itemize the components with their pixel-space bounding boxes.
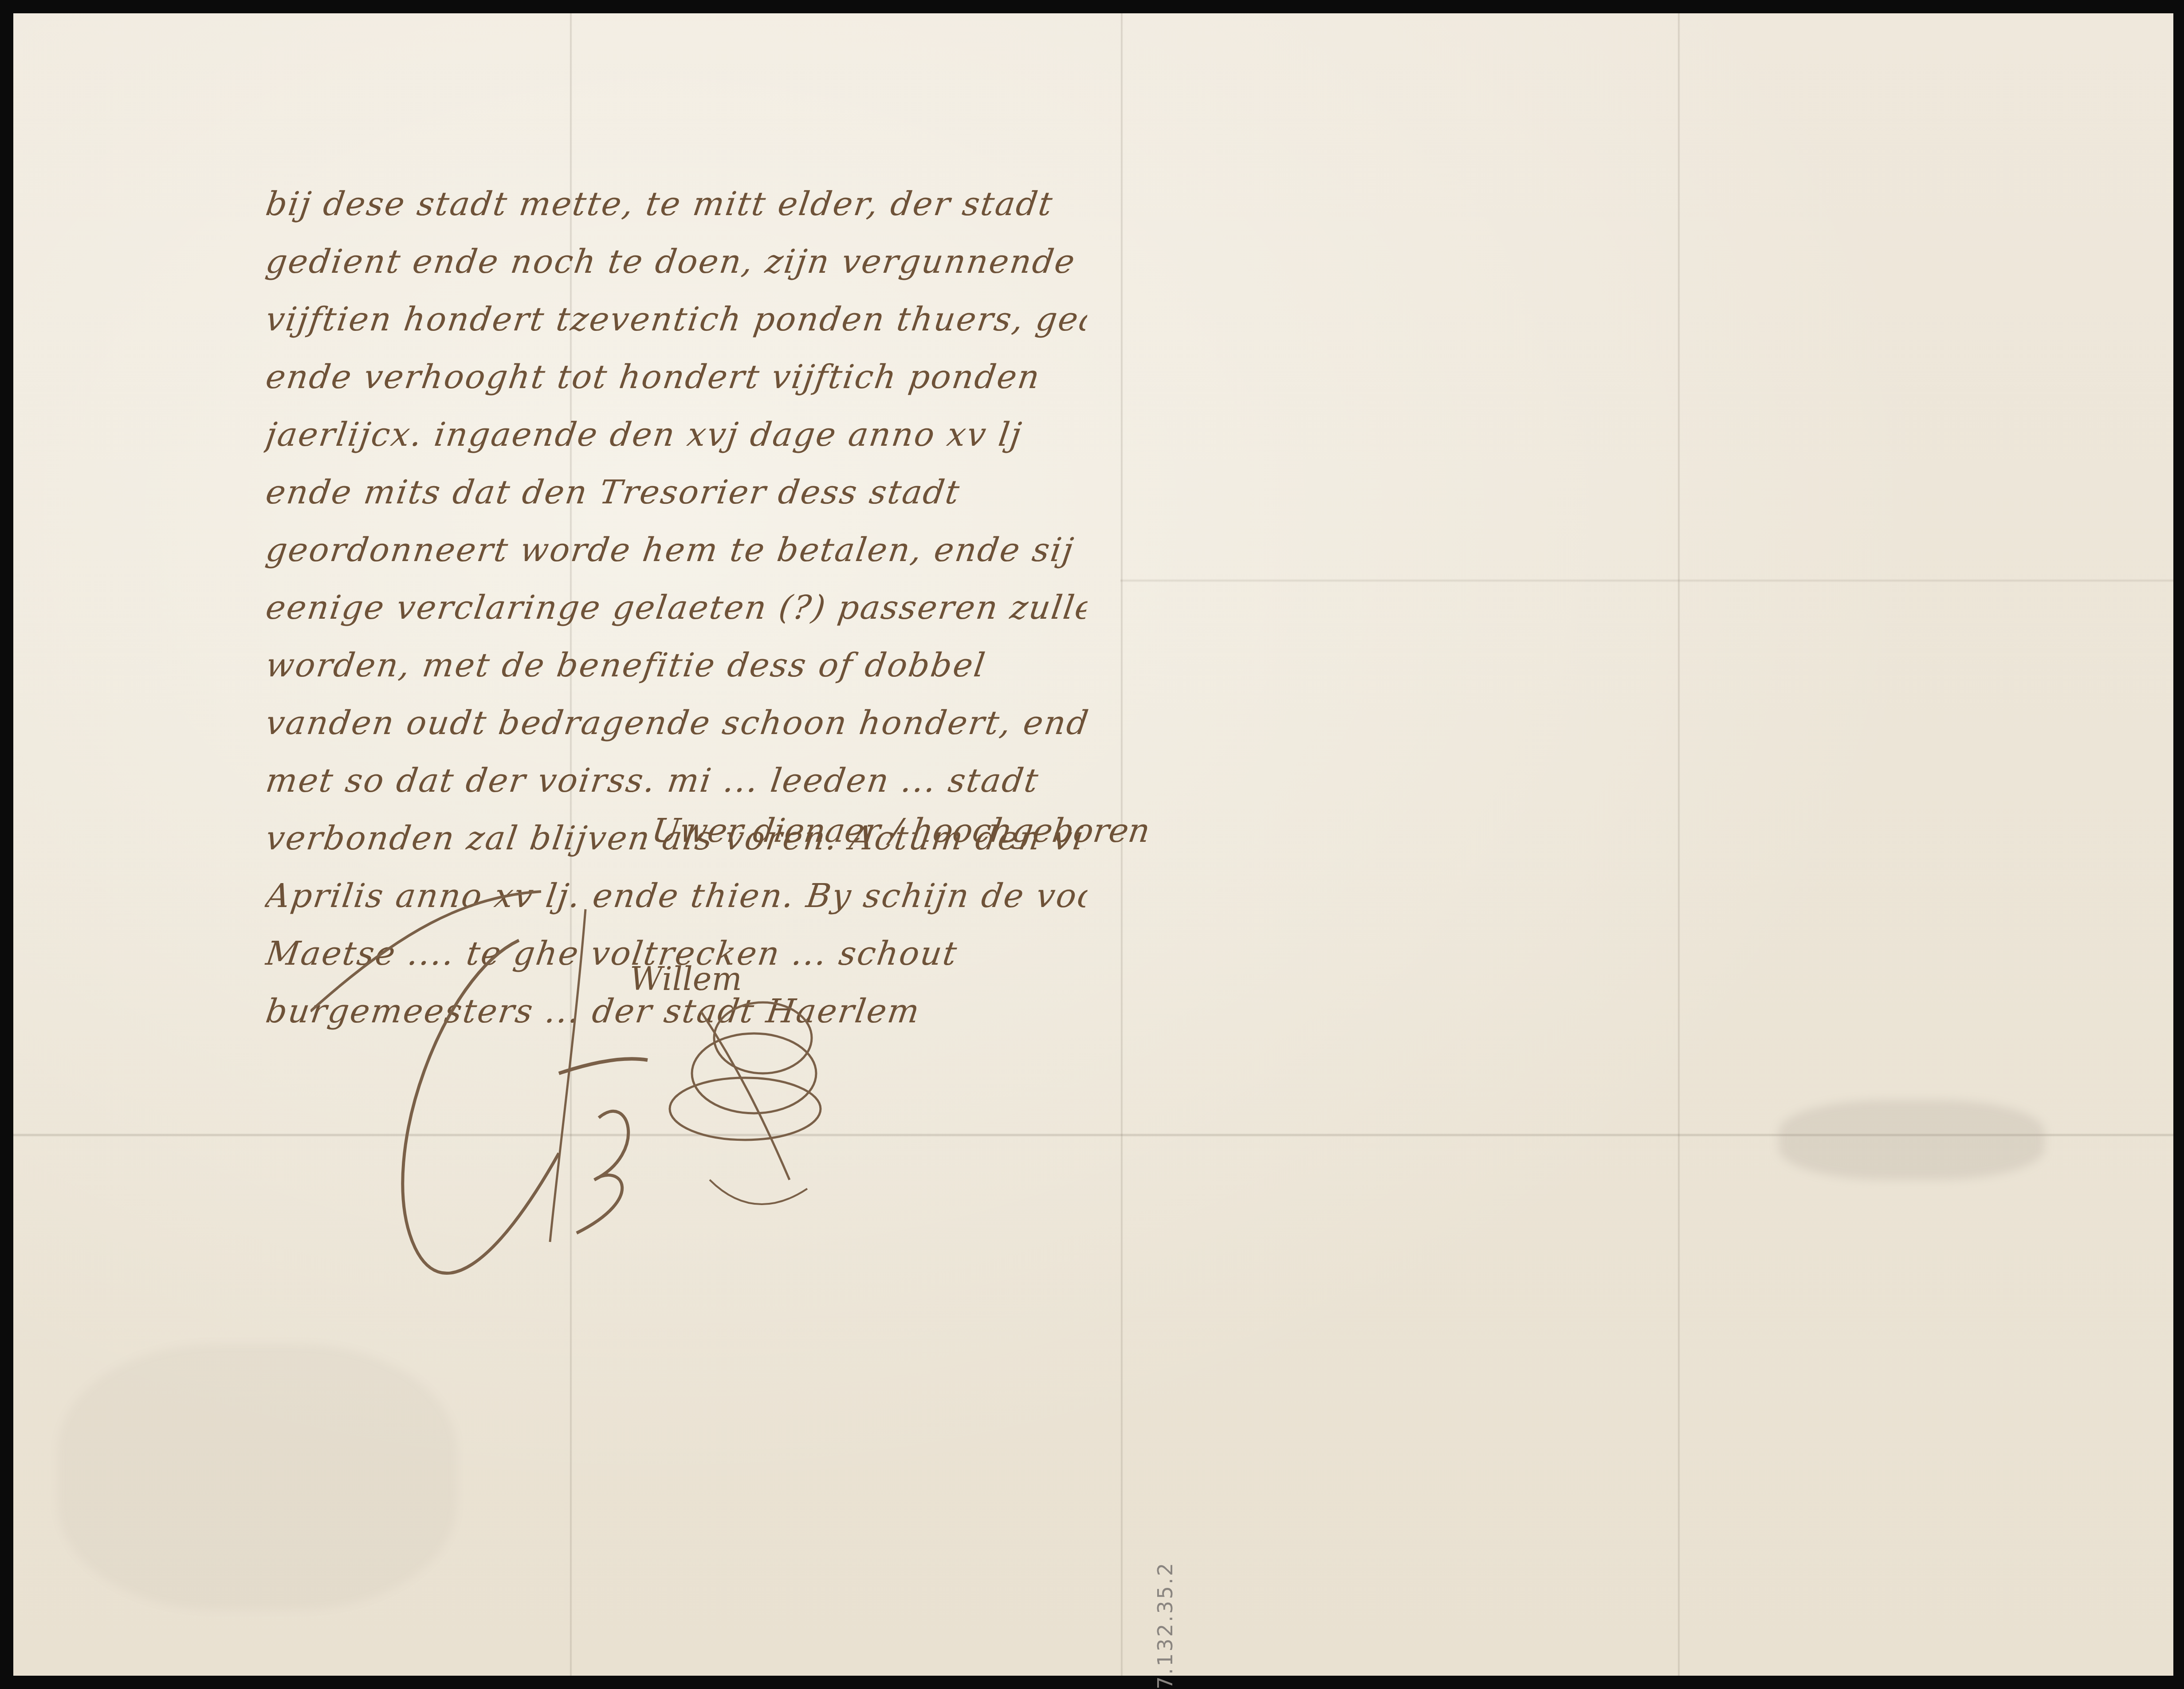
fold-line-horizontal-right (1120, 579, 2173, 582)
text-line: worden, met de benefitie dess of dobbel (262, 636, 1091, 694)
text-line: gedient ende noch te doen, zijn vergunne… (262, 233, 1091, 291)
signature-flourish-icon (310, 843, 976, 1419)
text-line: vanden oudt bedragende schoon hondert, e… (262, 694, 1091, 752)
text-line: ende verhooght tot hondert vijftich pond… (262, 348, 1091, 406)
text-line: geordonneert worde hem te betalen, ende … (262, 521, 1091, 579)
text-line: vijftien hondert tzeventich ponden thuer… (262, 291, 1091, 348)
archival-pencil-note: 7.132.35.2 (1153, 1561, 1177, 1689)
signature-name: Willem (630, 960, 742, 998)
text-line: bij dese stadt mette, te mitt elder, der… (262, 175, 1091, 233)
fold-line-vertical-3 (1677, 13, 1680, 1676)
text-line: eenige verclaringe gelaeten (?) passeren… (262, 579, 1091, 636)
paper-stain (1779, 1100, 2045, 1180)
text-line: jaerlijcx. ingaende den xvj dage anno xv… (262, 406, 1091, 463)
text-line: ende mits dat den Tresorier dess stadt (262, 463, 1091, 521)
text-line: met so dat der voirss. mi ... leeden ...… (262, 752, 1091, 809)
